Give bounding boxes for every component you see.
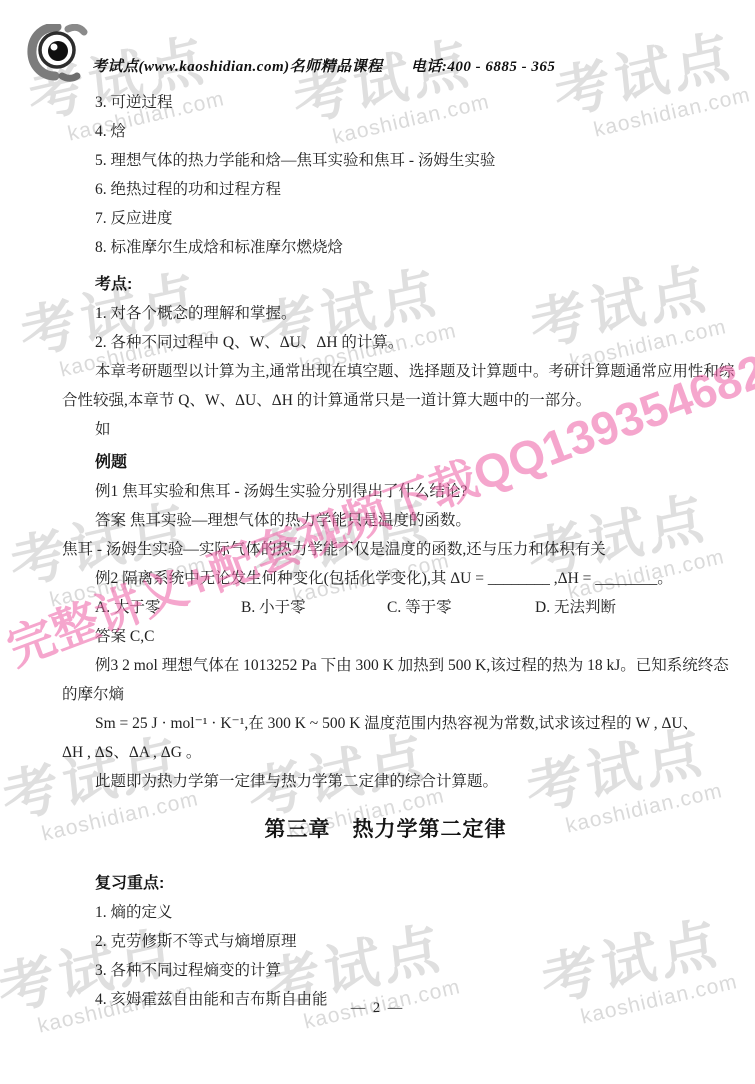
outline-item: 8. 标准摩尔生成焓和标准摩尔燃烧焓 [62,233,709,262]
outline-item: 3. 可逆过程 [62,88,709,117]
page-number: — 2 — [0,1000,755,1017]
scanned-document-page: 考试点kaoshidian.com考试点kaoshidian.com考试点kao… [0,0,755,1084]
header-site-line: 考试点(www.kaoshidian.com)名师精品课程 [92,59,383,75]
choice-d: D. 无法判断 [535,593,616,622]
outline-item: 5. 理想气体的热力学能和焓—焦耳实验和焦耳 - 汤姆生实验 [62,146,709,175]
kaodian-item: 2. 各种不同过程中 Q、W、ΔU、ΔH 的计算。 [62,328,709,357]
review-item: 2. 克劳修斯不等式与熵增原理 [62,927,709,956]
example3-line: 例3 2 mol 理想气体在 1013252 Pa 下由 300 K 加热到 5… [62,651,709,680]
page-header: 考试点(www.kaoshidian.com)名师精品课程 电话:400 - 6… [26,24,555,82]
choice-b: B. 小于零 [241,593,387,622]
review-heading: 复习重点: [62,869,709,898]
document-content: 3. 可逆过程 4. 焓 5. 理想气体的热力学能和焓—焦耳实验和焦耳 - 汤姆… [62,88,709,1014]
example3-line: Sm = 25 J · mol⁻¹ · K⁻¹,在 300 K ~ 500 K … [62,709,709,738]
chapter3-title: 第三章 热力学第二定律 [62,813,709,847]
header-text: 考试点(www.kaoshidian.com)名师精品课程 电话:400 - 6… [88,55,555,82]
review-item: 3. 各种不同过程熵变的计算 [62,956,709,985]
kaoshidian-logo-icon [26,24,88,82]
outline-item: 7. 反应进度 [62,204,709,233]
outline-item: 4. 焓 [62,117,709,146]
example3-line: 的摩尔熵 [62,680,709,709]
header-phone: 电话:400 - 6885 - 365 [411,59,556,75]
example3-line: ΔH , ΔS、ΔA , ΔG 。 [62,738,709,767]
choice-c: C. 等于零 [387,593,535,622]
paragraph-line: 本章考研题型以计算为主,通常出现在填空题、选择题及计算题中。考研计算题通常应用性… [62,357,709,386]
example3-note: 此题即为热力学第一定律与热力学第二定律的综合计算题。 [62,767,709,796]
kaodian-item: 1. 对各个概念的理解和掌握。 [62,299,709,328]
kaodian-heading: 考点: [62,270,709,299]
spacer [62,262,709,270]
review-item: 1. 熵的定义 [62,898,709,927]
outline-item: 6. 绝热过程的功和过程方程 [62,175,709,204]
